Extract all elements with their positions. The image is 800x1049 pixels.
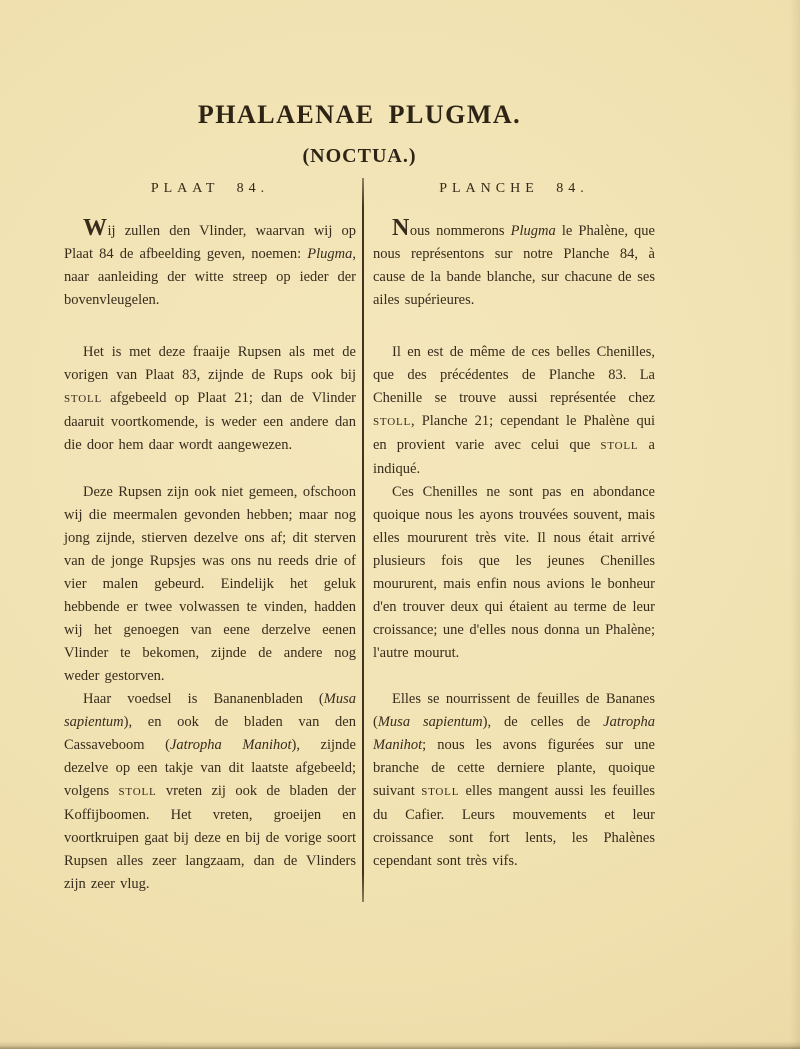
- text-segment-normal: afgebeeld op Plaat 21; dan de Vlinder da…: [64, 390, 356, 453]
- text-segment-smallcaps: stoll: [118, 786, 156, 798]
- text-segment-smallcaps: stoll: [600, 440, 638, 452]
- paragraph-french-4: Elles se nourrissent de feuilles de Bana…: [373, 688, 655, 916]
- paragraph-dutch-1: Wij zullen den Vlinder, waarvan wij op P…: [64, 216, 356, 341]
- text-segment-smallcaps: stoll: [421, 786, 459, 798]
- text-segment-normal: ous nommerons: [410, 223, 511, 239]
- drop-cap-initial: N: [392, 215, 410, 241]
- text-segment-normal: Haar voedsel is Bananenbladen (: [83, 691, 324, 707]
- column-divider-rule: [362, 178, 364, 902]
- text-segment-normal: Ces Chenilles ne sont pas en abondance q…: [373, 484, 655, 661]
- paragraph-dutch-2: Het is met deze fraaije Rupsen als met d…: [64, 341, 356, 481]
- page-subtitle: (NOCTUA.): [64, 144, 655, 168]
- drop-cap-initial: W: [83, 215, 108, 241]
- text-segment-normal: Deze Rupsen zijn ook niet gemeen, ofscho…: [64, 484, 356, 684]
- text-block: PHALAENAE PLUGMA. (NOCTUA.) PLAAT 84. PL…: [64, 100, 655, 916]
- text-segment-smallcaps: stoll: [373, 416, 411, 428]
- text-segment-italic: Musa sapientum: [378, 714, 483, 730]
- paragraph-french-2: Il en est de même de ces belles Chenille…: [373, 341, 655, 481]
- right-column-header: PLANCHE 84.: [373, 178, 655, 216]
- paragraph-french-1: Nous nommerons Plugma le Phalène, que no…: [373, 216, 655, 341]
- text-segment-normal: ), de celles de: [483, 714, 604, 730]
- paragraph-french-3: Ces Chenilles ne sont pas en abondance q…: [373, 481, 655, 688]
- paragraph-dutch-3: Deze Rupsen zijn ook niet gemeen, ofscho…: [64, 481, 356, 688]
- text-segment-normal: Il en est de même de ces belles Chenille…: [373, 344, 655, 406]
- text-segment-smallcaps: stoll: [64, 393, 102, 405]
- text-segment-italic: Jatropha Manihot: [170, 737, 292, 753]
- scanned-book-page: PHALAENAE PLUGMA. (NOCTUA.) PLAAT 84. PL…: [0, 0, 800, 1049]
- text-segment-normal: Het is met deze fraaije Rupsen als met d…: [64, 344, 356, 383]
- text-segment-italic: Plugma: [511, 223, 556, 239]
- paragraph-dutch-4: Haar voedsel is Bananenbladen (Musa sapi…: [64, 688, 356, 916]
- text-segment-italic: Plugma: [307, 246, 352, 262]
- left-column-header: PLAAT 84.: [64, 178, 356, 216]
- two-column-layout: PLAAT 84. PLANCHE 84. Wij zullen den Vli…: [64, 178, 655, 916]
- text-segment-normal: vreten zij ook de bladen der Koffijboome…: [64, 783, 356, 892]
- page-title: PHALAENAE PLUGMA.: [64, 100, 655, 130]
